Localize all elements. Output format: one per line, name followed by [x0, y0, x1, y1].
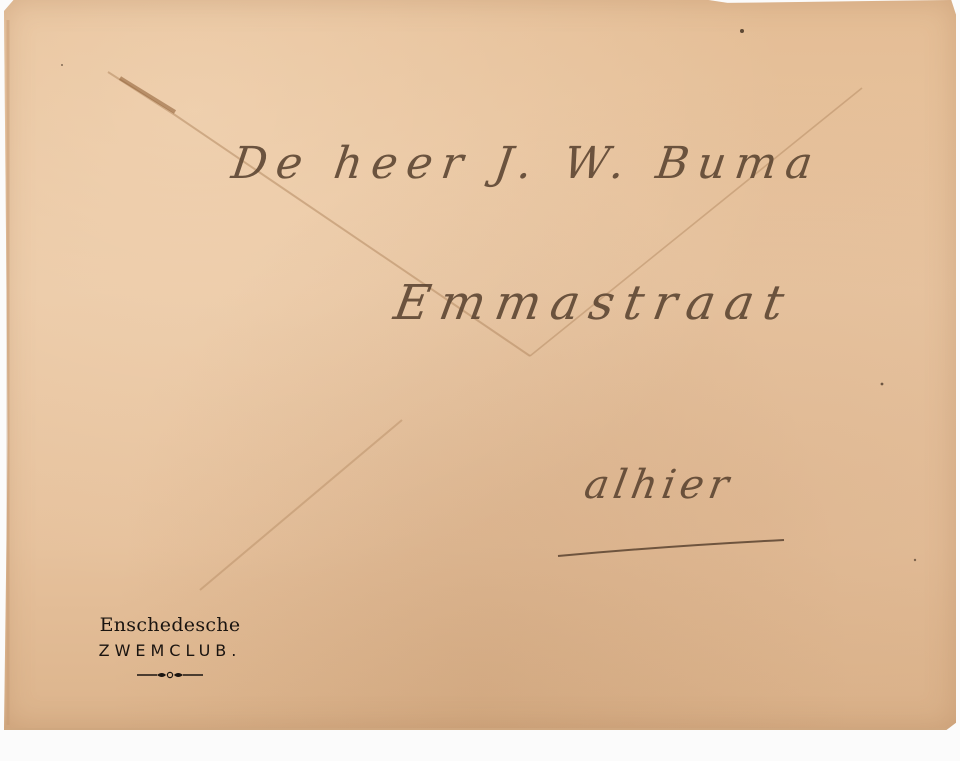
address-city: alhier: [581, 462, 737, 508]
sender-imprint: Enschedesche ZWEMCLUB.: [40, 612, 300, 680]
envelope-scan: Enschedesche ZWEMCLUB. De heer J. W. Bum…: [0, 0, 960, 761]
address-street: Emmastraat: [390, 275, 798, 331]
ornament-icon: [135, 670, 205, 680]
imprint-club-city: Enschedesche: [40, 612, 300, 638]
address-underline: [556, 538, 786, 558]
address-recipient: De heer J. W. Buma: [228, 138, 824, 189]
imprint-club-name: ZWEMCLUB.: [40, 640, 300, 662]
